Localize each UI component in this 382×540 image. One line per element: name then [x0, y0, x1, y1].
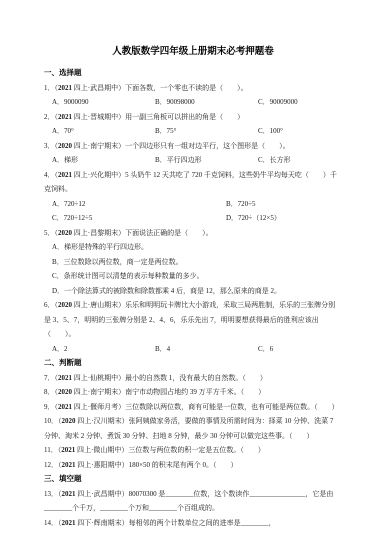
question-source-5: （2020 四上·昌黎期末） — [55, 229, 126, 237]
question-11: 11．（2021 四上·微山期中）三位数与两位数的积一定是五位数。（ ） — [44, 443, 342, 458]
question-7: 7．（2021 四上·仙桃期中）最小的自然数 1，没有最大的自然数。（ ） — [44, 371, 342, 386]
source-year-9: 2021 — [58, 403, 72, 411]
question-stem-7: 最小的自然数 1，没有最大的自然数。（ ） — [125, 374, 267, 382]
question-source-12: （2021 四上·惠阳期中） — [58, 461, 129, 469]
question-source-11: （2021 四上·微山期中） — [58, 446, 129, 454]
question-4: 4．（2021 四上·兴化期中）5 头奶牛 12 天共吃了 720 千克饲料，这… — [44, 168, 342, 197]
question-stem-12: 180×50 的积末尾有两个 0。（ ） — [129, 461, 238, 469]
exam-content: 一、选择题1．（2021 四上·武昌期中）下面各数，一个零也不读的是（ ）。A．… — [44, 66, 342, 530]
source-year-12: 2021 — [62, 461, 76, 469]
section-heading-2: 二、判断题 — [44, 356, 342, 371]
question-source-8: （2020 四上·南宁期末） — [55, 388, 126, 396]
question-number-7: 7． — [44, 374, 55, 382]
source-year-13: 2021 — [62, 490, 76, 498]
question-number-11: 11． — [44, 446, 58, 454]
question-source-2: （2021 四上·晋城期中） — [55, 113, 126, 121]
source-year-7: 2021 — [58, 374, 72, 382]
question-source-1: （2021 四上·武昌期中） — [55, 84, 126, 92]
question-source-4: （2021 四上·兴化期中） — [55, 171, 126, 179]
options-row-4: C．720÷12÷5D．720÷（12×5） — [44, 211, 342, 226]
source-year-1: 2021 — [58, 84, 72, 92]
option-6-A: A．2 — [52, 342, 155, 357]
option-2-C: C．100° — [258, 124, 283, 139]
options-row-6: A．2B．4C．6 — [44, 342, 342, 357]
question-2: 2．（2021 四上·晋城期中）用一副三角板可以拼出的角是（ ） — [44, 110, 342, 125]
option-3-B: B．平行四边形 — [155, 153, 258, 168]
source-year-8: 2020 — [58, 388, 72, 396]
option-3-A: A．梯形 — [52, 153, 155, 168]
question-12: 12．（2021 四上·惠阳期中）180×50 的积末尾有两个 0。（ ） — [44, 458, 342, 473]
question-source-9: （2021 四上·偃师月考） — [55, 403, 126, 411]
question-stem-5: 下面说法正确的是（ ）。 — [125, 229, 213, 237]
source-year-5: 2020 — [58, 229, 72, 237]
question-stem-3: 一个四边形只有一组对边平行，这个图形是（ ）。 — [125, 142, 290, 150]
option-6-C: C．6 — [258, 342, 273, 357]
option-4-D: D．720÷（12×5） — [226, 211, 281, 226]
page-title: 人教版数学四年级上册期末必考押题卷 — [44, 45, 342, 59]
option-5-B: B．三位数除以两位数，商一定是两位数。 — [52, 255, 342, 270]
question-number-3: 3． — [44, 142, 55, 150]
options-row-1: A．9000090B．90098000C．90009000 — [44, 95, 342, 110]
question-5: 5．（2020 四上·昌黎期末）下面说法正确的是（ ）。 — [44, 226, 342, 241]
question-source-10: （2020 四上·汉川期末） — [58, 417, 129, 425]
option-4-B: B．720÷5 — [226, 197, 256, 212]
question-number-13: 13． — [44, 490, 58, 498]
question-number-2: 2． — [44, 113, 55, 121]
question-stem-8: 南宁市动物园占地约 39 万平方千米。（ ） — [125, 388, 265, 396]
question-number-10: 10． — [44, 417, 58, 425]
options-5: A．梯形是特殊的平行四边形。B．三位数除以两位数，商一定是两位数。C．条形统计图… — [44, 240, 342, 298]
options-row-3: A．梯形B．平行四边形C．长方形 — [44, 153, 342, 168]
question-source-7: （2021 四上·仙桃期中） — [55, 374, 126, 382]
source-year-4: 2021 — [58, 171, 72, 179]
exam-page: 人教版数学四年级上册期末必考押题卷 一、选择题1．（2021 四上·武昌期中）下… — [0, 0, 382, 540]
option-4-C: C．720÷12÷5 — [52, 211, 226, 226]
option-4-A: A．720÷12 — [52, 197, 226, 212]
section-heading-1: 一、选择题 — [44, 66, 342, 81]
option-5-A: A．梯形是特殊的平行四边形。 — [52, 240, 342, 255]
question-stem-11: 三位数与两位数的积一定是五位数。（ ） — [128, 446, 265, 454]
question-number-14: 14． — [44, 519, 58, 527]
question-source-3: （2020 四上·南宁期末） — [55, 142, 126, 150]
question-source-14: （2021 四下·辉南期末） — [58, 519, 129, 527]
option-1-C: C．90009000 — [258, 95, 298, 110]
option-2-B: B．75° — [155, 124, 258, 139]
question-6: 6．（2020 四上·唐山期末）乐乐和明明玩卡牌比大小游戏，采取三局两胜制，乐乐… — [44, 298, 342, 342]
source-year-2: 2021 — [58, 113, 72, 121]
question-stem-14: 每相邻的两个计数单位之间的进率是________， — [129, 519, 276, 527]
question-number-5: 5． — [44, 229, 55, 237]
section-heading-3: 三、填空题 — [44, 472, 342, 487]
question-source-6: （2020 四上·唐山期末） — [55, 301, 126, 309]
question-13: 13．（2021 四上·武昌期中）80070300 是________位数，这个… — [44, 487, 342, 516]
question-number-4: 4． — [44, 171, 55, 179]
question-number-1: 1． — [44, 84, 55, 92]
source-year-6: 2020 — [58, 301, 72, 309]
option-2-A: A．70° — [52, 124, 155, 139]
source-year-14: 2021 — [62, 519, 76, 527]
option-6-B: B．4 — [155, 342, 258, 357]
option-5-D: D．一个除法算式的被除数和除数都乘 4 后，商是 12，那么原来的商是 2。 — [52, 284, 342, 299]
source-year-11: 2021 — [61, 446, 75, 454]
question-10: 10．（2020 四上·汉川期末）张阿姨做家务活，要做的事情及所需时间为：择菜 … — [44, 414, 342, 443]
question-3: 3．（2020 四上·南宁期末）一个四边形只有一组对边平行，这个图形是（ ）。 — [44, 139, 342, 154]
option-1-B: B．90098000 — [155, 95, 258, 110]
question-stem-1: 下面各数，一个零也不读的是（ ）。 — [125, 84, 248, 92]
question-1: 1．（2021 四上·武昌期中）下面各数，一个零也不读的是（ ）。 — [44, 81, 342, 96]
options-row-2: A．70°B．75°C．100° — [44, 124, 342, 139]
question-number-8: 8． — [44, 388, 55, 396]
option-3-C: C．长方形 — [258, 153, 291, 168]
option-5-C: C．条形统计图可以清楚的表示每种数量的多少。 — [52, 269, 342, 284]
question-source-13: （2021 四上·武昌期中） — [58, 490, 129, 498]
question-stem-2: 用一副三角板可以拼出的角是（ ） — [125, 113, 244, 121]
options-row-4: A．720÷12B．720÷5 — [44, 197, 342, 212]
question-number-6: 6． — [44, 301, 55, 309]
option-1-A: A．9000090 — [52, 95, 155, 110]
question-8: 8．（2020 四上·南宁期末）南宁市动物园占地约 39 万平方千米。（ ） — [44, 385, 342, 400]
question-number-12: 12． — [44, 461, 58, 469]
question-stem-9: 三位数除以两位数，商有可能是一位数，也有可能是两位数。（ ） — [125, 403, 339, 411]
question-9: 9．（2021 四上·偃师月考）三位数除以两位数，商有可能是一位数，也有可能是两… — [44, 400, 342, 415]
source-year-3: 2020 — [58, 142, 72, 150]
question-14: 14．（2021 四下·辉南期末）每相邻的两个计数单位之间的进率是_______… — [44, 516, 342, 531]
question-number-9: 9． — [44, 403, 55, 411]
source-year-10: 2020 — [62, 417, 76, 425]
